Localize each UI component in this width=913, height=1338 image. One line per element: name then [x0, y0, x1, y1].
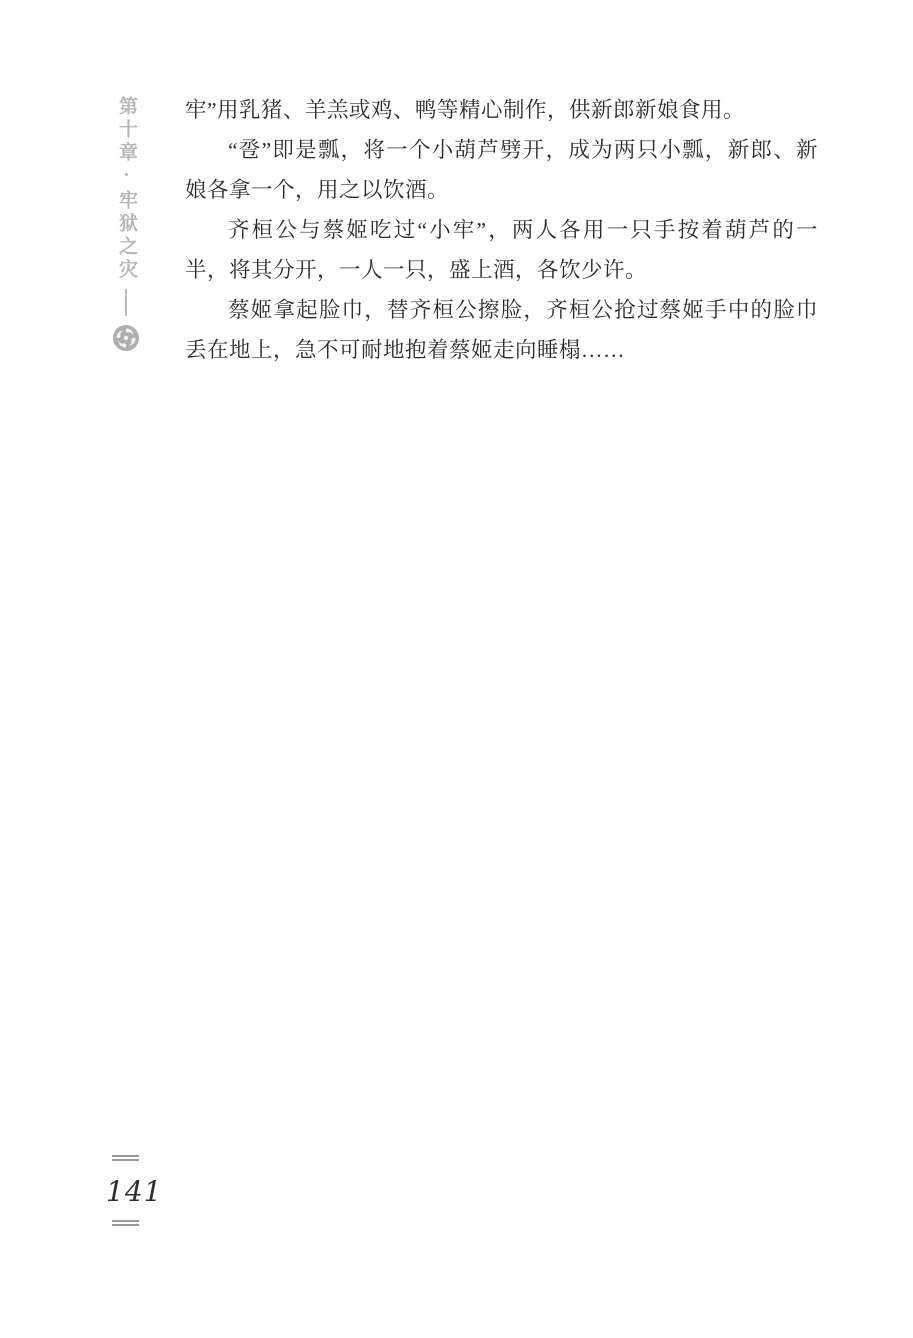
book-page: 第十章·牢狱之灾 牢”用乳猪、羊羔或鸡、鸭等精心制作，供新郎新娘食用。 “卺”即… [0, 0, 913, 1338]
paragraph-continuation: 牢”用乳猪、羊羔或鸡、鸭等精心制作，供新郎新娘食用。 [185, 90, 818, 130]
chapter-title-vertical: 第十章·牢狱之灾 [108, 96, 144, 282]
swirl-medallion-icon [112, 324, 140, 352]
paragraph: 齐桓公与蔡姬吃过“小牢”，两人各用一只手按着葫芦的一半，将其分开，一人一只，盛上… [185, 210, 818, 290]
page-footer: 141 [106, 1155, 150, 1226]
paragraph: 蔡姬拿起脸巾，替齐桓公擦脸，齐桓公抢过蔡姬手中的脸巾丢在地上，急不可耐地抱着蔡姬… [185, 290, 818, 370]
footer-rule-bottom [112, 1220, 139, 1226]
footer-rule-top [112, 1155, 139, 1161]
chapter-sidebar: 第十章·牢狱之灾 [108, 96, 144, 352]
body-text: 牢”用乳猪、羊羔或鸡、鸭等精心制作，供新郎新娘食用。 “卺”即是瓢，将一个小葫芦… [185, 90, 818, 370]
sidebar-dash-rule [125, 289, 127, 316]
paragraph: “卺”即是瓢，将一个小葫芦劈开，成为两只小瓢，新郎、新娘各拿一个，用之以饮酒。 [185, 130, 818, 210]
page-number: 141 [106, 1175, 162, 1208]
